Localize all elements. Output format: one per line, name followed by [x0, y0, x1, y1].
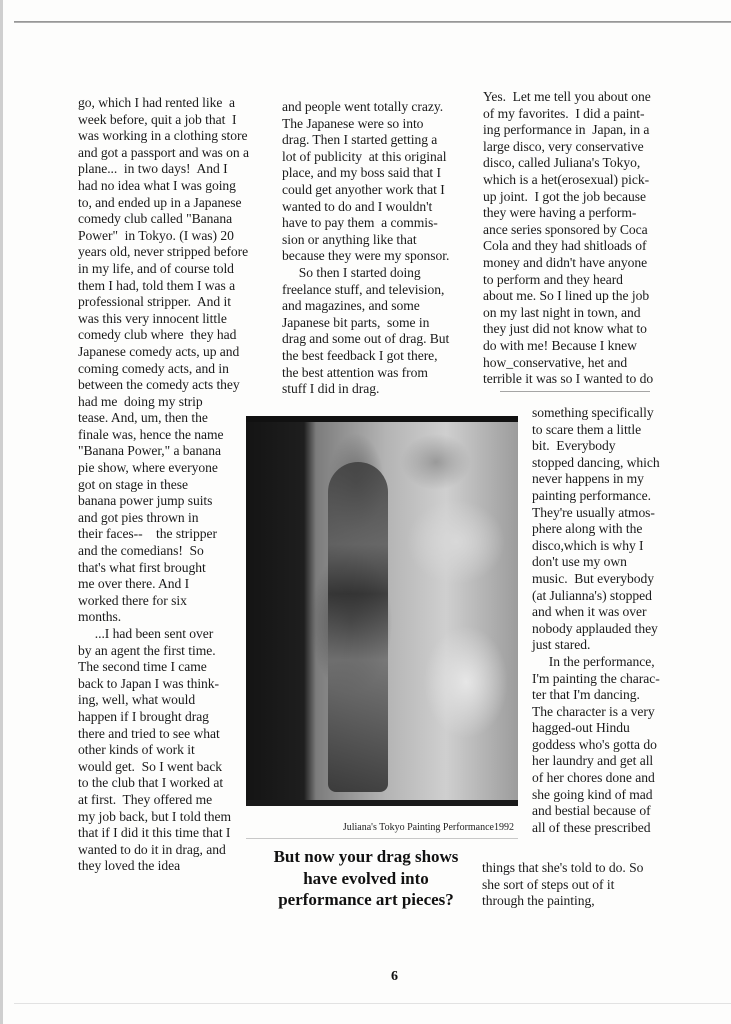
text-line: back to Japan I was think- — [78, 676, 249, 693]
text-line: was working in a clothing store — [78, 128, 249, 145]
text-line: hagged-out Hindu — [532, 720, 660, 737]
text-line: So then I started doing — [282, 265, 449, 282]
text-line: worked there for six — [78, 593, 249, 610]
text-column-3-bottom: things that she's told to do. Soshe sort… — [482, 860, 643, 910]
text-line: I'm painting the charac- — [532, 671, 660, 688]
text-line: the best feedback I got there, — [282, 348, 449, 365]
text-line: painting performance. — [532, 488, 660, 505]
text-line: ing, well, what would — [78, 692, 249, 709]
text-line: and got a passport and was on a — [78, 145, 249, 162]
text-line: music. But everybody — [532, 571, 660, 588]
text-column-2: and people went totally crazy.The Japane… — [282, 99, 449, 398]
text-line: comedy club where they had — [78, 327, 249, 344]
text-line: that's what first brought — [78, 560, 249, 577]
text-line: never happens in my — [532, 471, 660, 488]
text-line: to, and ended up in a Japanese — [78, 195, 249, 212]
text-line: place, and my boss said that I — [282, 165, 449, 182]
underline-mark — [500, 391, 650, 392]
header-rule — [14, 21, 731, 23]
text-line: banana power jump suits — [78, 493, 249, 510]
text-line: they were having a perform- — [483, 205, 653, 222]
text-line: The second time I came — [78, 659, 249, 676]
text-line: phere along with the — [532, 521, 660, 538]
text-line: disco, called Juliana's Tokyo, — [483, 155, 653, 172]
text-line: about me. So I lined up the job — [483, 288, 653, 305]
text-line: years old, never stripped before — [78, 244, 249, 261]
text-line: months. — [78, 609, 249, 626]
text-line: sion or anything like that — [282, 232, 449, 249]
text-line: Japanese bit parts, some in — [282, 315, 449, 332]
text-line: and people went totally crazy. — [282, 99, 449, 116]
text-line: bit. Everybody — [532, 438, 660, 455]
text-line: freelance stuff, and television, — [282, 282, 449, 299]
text-line: ter that I'm dancing. — [532, 687, 660, 704]
text-line: happen if I brought drag — [78, 709, 249, 726]
text-line: tease. And, um, then the — [78, 410, 249, 427]
text-line: the best attention was from — [282, 365, 449, 382]
text-line: don't use my own — [532, 554, 660, 571]
text-line: that if I did it this time that I — [78, 825, 249, 842]
text-line: Japanese comedy acts, up and — [78, 344, 249, 361]
text-line: and the comedians! So — [78, 543, 249, 560]
text-line: in my life, and of course told — [78, 261, 249, 278]
page-number: 6 — [391, 969, 398, 985]
text-line: she sort of steps out of it — [482, 877, 643, 894]
text-line: goddess who's gotta do — [532, 737, 660, 754]
text-line: ing performance in Japan, in a — [483, 122, 653, 139]
text-line: had no idea what I was going — [78, 178, 249, 195]
text-line: on my last night in town, and — [483, 305, 653, 322]
text-line: comedy club called "Banana — [78, 211, 249, 228]
text-line: do with me! Because I knew — [483, 338, 653, 355]
text-line: money and didn't have anyone — [483, 255, 653, 272]
photo-caption: Juliana's Tokyo Painting Performance1992 — [343, 822, 514, 833]
text-line: and magazines, and some — [282, 298, 449, 315]
text-line: something specifically — [532, 405, 660, 422]
text-line: and bestial because of — [532, 803, 660, 820]
text-line: Yes. Let me tell you about one — [483, 89, 653, 106]
text-line: go, which I had rented like a — [78, 95, 249, 112]
text-line: drag and some out of drag. But — [282, 331, 449, 348]
text-line: of my favorites. I did a paint- — [483, 106, 653, 123]
text-column-3-top: Yes. Let me tell you about oneof my favo… — [483, 89, 653, 388]
performer-figure — [328, 462, 388, 792]
text-line: was this very innocent little — [78, 311, 249, 328]
text-line: week before, quit a job that I — [78, 112, 249, 129]
text-column-3-wrap: something specificallyto scare them a li… — [532, 405, 660, 836]
scan-edge — [0, 0, 3, 1024]
text-line: lot of publicity at this original — [282, 149, 449, 166]
pull-quote-question: But now your drag showshave evolved into… — [258, 846, 474, 911]
text-line: In the performance, — [532, 654, 660, 671]
text-line: have evolved into — [258, 868, 474, 890]
text-line: between the comedy acts they — [78, 377, 249, 394]
text-line: Power" in Tokyo. (I was) 20 — [78, 228, 249, 245]
text-line: of her chores done and — [532, 770, 660, 787]
text-line: The character is a very — [532, 704, 660, 721]
text-line: which is a het(erosexual) pick- — [483, 172, 653, 189]
text-line: them I had, told them I was a — [78, 278, 249, 295]
text-line: by an agent the first time. — [78, 643, 249, 660]
text-line: stuff I did in drag. — [282, 381, 449, 398]
text-line: pie show, where everyone — [78, 460, 249, 477]
text-line: Cola and they had shitloads of — [483, 238, 653, 255]
text-column-1: go, which I had rented like aweek before… — [78, 95, 249, 875]
text-line: their faces-- the stripper — [78, 526, 249, 543]
text-line: to perform and they heard — [483, 272, 653, 289]
text-line: have to pay them a commis- — [282, 215, 449, 232]
text-line: would get. So I went back — [78, 759, 249, 776]
text-line: They're usually atmos- — [532, 505, 660, 522]
text-line: terrible it was so I wanted to do — [483, 371, 653, 388]
text-line: (at Julianna's) stopped — [532, 588, 660, 605]
text-line: coming comedy acts, and in — [78, 361, 249, 378]
text-line: wanted to do it in drag, and — [78, 842, 249, 859]
text-line: things that she's told to do. So — [482, 860, 643, 877]
text-line: The Japanese were so into — [282, 116, 449, 133]
text-line: plane... in two days! And I — [78, 161, 249, 178]
text-line: they loved the idea — [78, 858, 249, 875]
text-line: and got pies thrown in — [78, 510, 249, 527]
text-line: just stared. — [532, 637, 660, 654]
photo-caption-bar: Juliana's Tokyo Painting Performance1992 — [246, 820, 518, 839]
text-line: other kinds of work it — [78, 742, 249, 759]
text-line: through the painting, — [482, 893, 643, 910]
text-line: to scare them a little — [532, 422, 660, 439]
text-line: nobody applauded they — [532, 621, 660, 638]
text-line: large disco, very conservative — [483, 139, 653, 156]
text-line: ance series sponsored by Coca — [483, 222, 653, 239]
text-line: my job back, but I told them — [78, 809, 249, 826]
text-line: could get anyother work that I — [282, 182, 449, 199]
text-line: "Banana Power," a banana — [78, 443, 249, 460]
text-line: drag. Then I started getting a — [282, 132, 449, 149]
footer-rule — [14, 1003, 731, 1004]
text-line: disco,which is why I — [532, 538, 660, 555]
text-line: and when it was over — [532, 604, 660, 621]
text-line: up joint. I got the job because — [483, 189, 653, 206]
text-line: performance art pieces? — [258, 889, 474, 911]
performance-photo — [246, 416, 518, 806]
text-line: ...I had been sent over — [78, 626, 249, 643]
text-line: there and tried to see what — [78, 726, 249, 743]
text-line: how_conservative, het and — [483, 355, 653, 372]
text-line: at first. They offered me — [78, 792, 249, 809]
text-line: all of these prescribed — [532, 820, 660, 837]
text-line: stopped dancing, which — [532, 455, 660, 472]
text-line: to the club that I worked at — [78, 775, 249, 792]
text-line: wanted to do and I wouldn't — [282, 199, 449, 216]
text-line: got on stage in these — [78, 477, 249, 494]
text-line: because they were my sponsor. — [282, 248, 449, 265]
text-line: they just did not know what to — [483, 321, 653, 338]
text-line: had me doing my strip — [78, 394, 249, 411]
text-line: she going kind of mad — [532, 787, 660, 804]
text-line: me over there. And I — [78, 576, 249, 593]
text-line: finale was, hence the name — [78, 427, 249, 444]
text-line: her laundry and get all — [532, 753, 660, 770]
text-line: professional stripper. And it — [78, 294, 249, 311]
text-line: But now your drag shows — [258, 846, 474, 868]
